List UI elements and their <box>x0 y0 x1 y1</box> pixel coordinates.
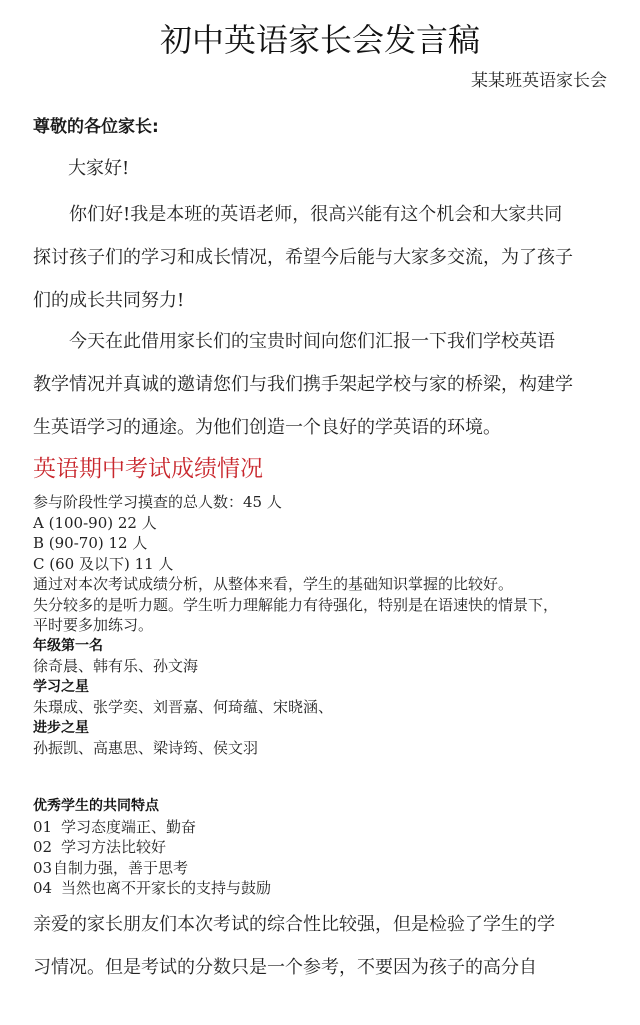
text-line: 们的成长共同努力! <box>33 279 613 322</box>
award-names-progress-star: 孙振凯、高惠思、梁诗筠、侯文羽 <box>33 738 558 759</box>
feature-text: 自制力强，善于思考 <box>53 859 188 877</box>
text-line: 你们好!我是本班的英语老师，很高兴能有这个机会和大家共同 <box>33 193 613 236</box>
grade-b: B (90-70) 12 人 <box>33 533 558 554</box>
feature-text: 当然也离不开家长的支持与鼓励 <box>61 879 271 897</box>
exam-section-heading: 英语期中考试成绩情况 <box>33 452 263 486</box>
feature-text: 学习态度端正、勤奋 <box>61 818 196 836</box>
award-heading-top: 年级第一名 <box>33 636 558 657</box>
greeting: 大家好! <box>68 154 129 184</box>
text-line: 探讨孩子们的学习和成长情况，希望今后能与大家多交流，为了孩子 <box>33 236 613 279</box>
features-section: 优秀学生的共同特点 01学习态度端正、勤奋 02学习方法比较好 03自制力强，善… <box>33 796 271 899</box>
feature-item: 02学习方法比较好 <box>33 837 271 858</box>
total-participants: 参与阶段性学习摸查的总人数：45 人 <box>33 492 558 513</box>
analysis-line: 通过对本次考试成绩分析，从整体来看，学生的基础知识掌握的比较好。 <box>33 574 558 595</box>
feature-item: 01学习态度端正、勤奋 <box>33 817 271 838</box>
text-line: 教学情况并真诚的邀请您们与我们携手架起学校与家的桥梁，构建学 <box>33 363 613 406</box>
grade-a: A (100-90) 22 人 <box>33 513 558 534</box>
feature-text: 学习方法比较好 <box>61 838 166 856</box>
award-names-study-star: 朱璟成、张学奕、刘晋嘉、何琦蕴、宋晓涵、 <box>33 697 558 718</box>
grade-c: C (60 及以下) 11 人 <box>33 554 558 575</box>
text-line: 今天在此借用家长们的宝贵时间向您们汇报一下我们学校英语 <box>33 320 613 363</box>
text-line: 生英语学习的通途。为他们创造一个良好的学英语的环境。 <box>33 406 613 449</box>
exam-results: 参与阶段性学习摸查的总人数：45 人 A (100-90) 22 人 B (90… <box>33 492 558 759</box>
feature-item: 04当然也离不开家长的支持与鼓励 <box>33 878 271 899</box>
analysis-line: 失分较多的是听力题。学生听力理解能力有待强化，特别是在语速快的情景下， <box>33 595 558 616</box>
analysis-line: 平时要多加练习。 <box>33 615 558 636</box>
closing-paragraph: 亲爱的家长朋友们本次考试的综合性比较强，但是检验了学生的学 习情况。但是考试的分… <box>33 903 613 989</box>
feature-number: 01 <box>33 817 61 838</box>
award-heading-study-star: 学习之星 <box>33 677 558 698</box>
feature-number: 03 <box>33 858 53 879</box>
feature-item: 03自制力强，善于思考 <box>33 858 271 879</box>
feature-number: 04 <box>33 878 61 899</box>
signer: 某某班英语家长会 <box>471 68 607 94</box>
document-title: 初中英语家长会发言稿 <box>0 18 640 62</box>
text-line: 习情况。但是考试的分数只是一个参考，不要因为孩子的高分自 <box>33 946 613 989</box>
features-heading: 优秀学生的共同特点 <box>33 796 271 817</box>
text-line: 亲爱的家长朋友们本次考试的综合性比较强，但是检验了学生的学 <box>33 903 613 946</box>
award-heading-progress-star: 进步之星 <box>33 718 558 739</box>
salutation: 尊敬的各位家长: <box>33 114 159 140</box>
award-names-top: 徐奇晨、韩有乐、孙文海 <box>33 656 558 677</box>
intro-paragraph: 你们好!我是本班的英语老师，很高兴能有这个机会和大家共同 探讨孩子们的学习和成长… <box>33 193 613 322</box>
purpose-paragraph: 今天在此借用家长们的宝贵时间向您们汇报一下我们学校英语 教学情况并真诚的邀请您们… <box>33 320 613 449</box>
feature-number: 02 <box>33 837 61 858</box>
